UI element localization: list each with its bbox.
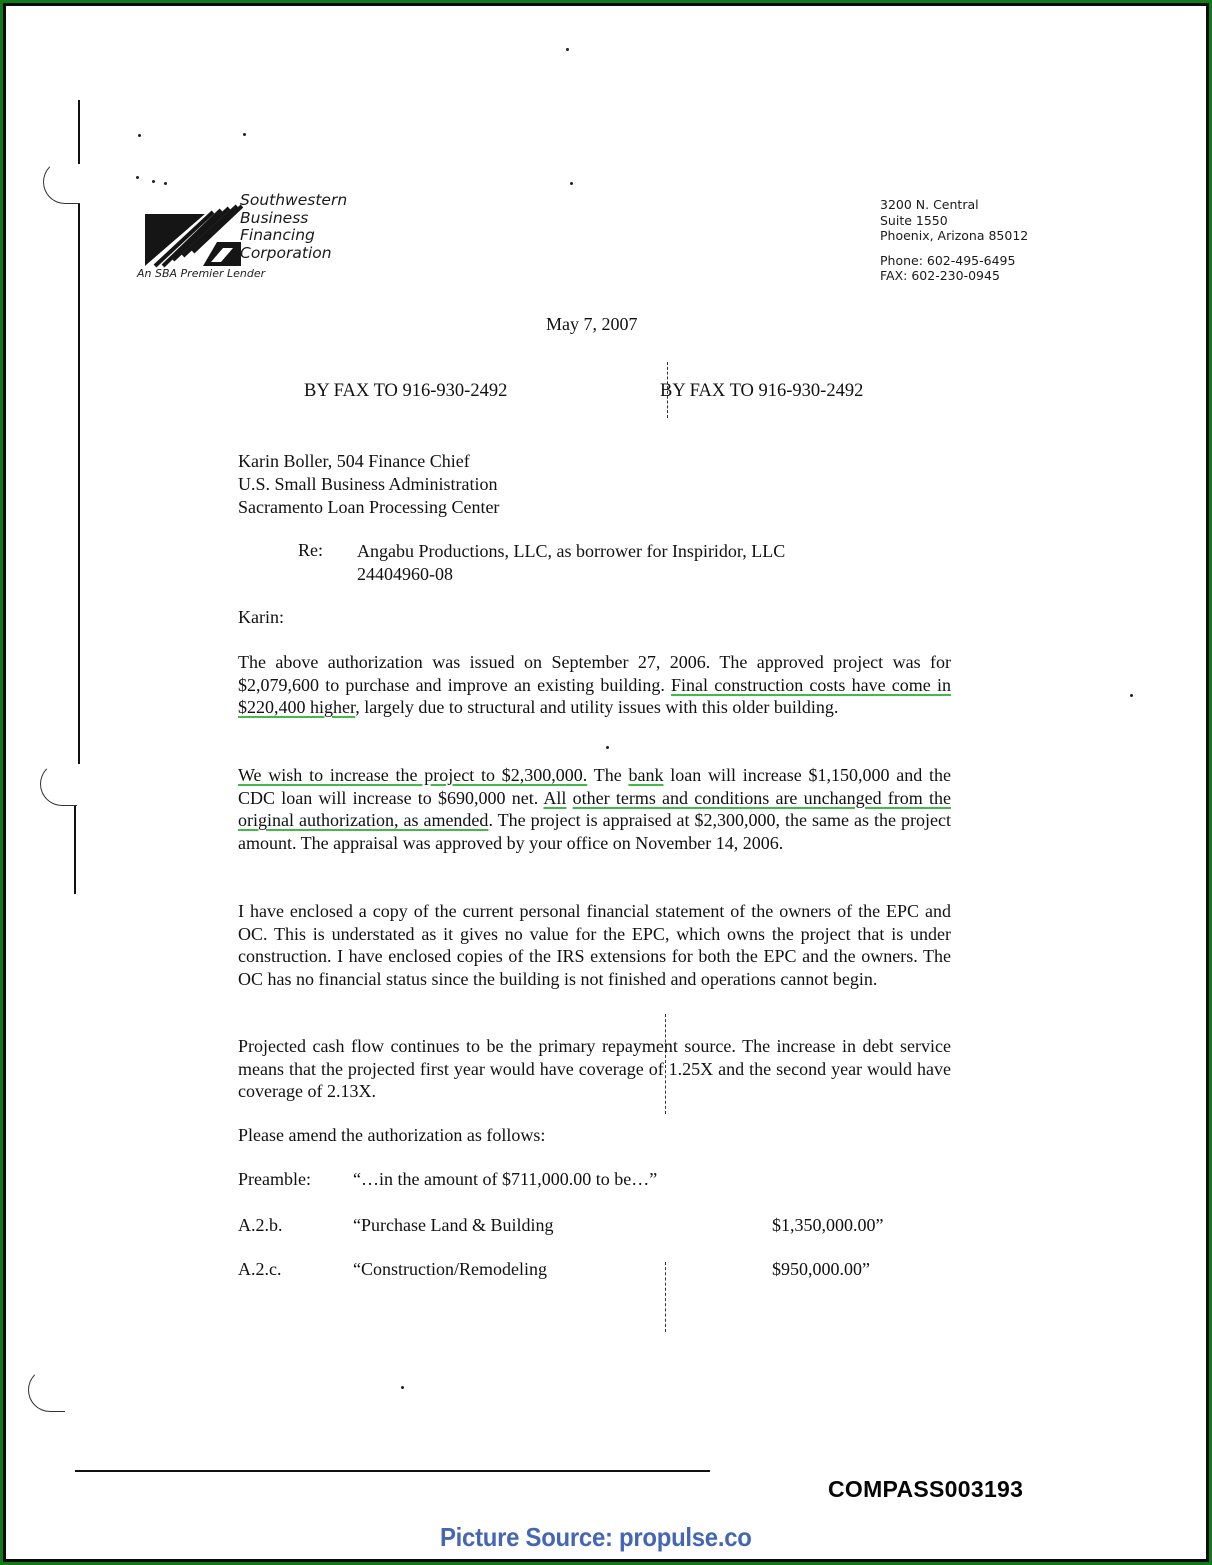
address-line: 3200 N. Central [880, 197, 1028, 213]
paragraph-text: , largely due to structural and utility … [355, 697, 838, 717]
recipient-block: Karin Boller, 504 Finance Chief U.S. Sma… [238, 450, 499, 519]
striped-triangle-logo-icon [143, 202, 243, 268]
scan-speck [243, 133, 246, 136]
paragraph-text: The [587, 765, 628, 785]
amendment-label: Preamble: [238, 1169, 311, 1190]
company-name-line: Southwestern [240, 192, 347, 210]
address-line: Suite 1550 [880, 213, 1028, 229]
company-name-line: Financing [240, 227, 347, 245]
punch-hole-mark [28, 1368, 65, 1412]
amendment-amount: $1,350,000.00” [772, 1215, 884, 1236]
amendment-text: “Purchase Land & Building [353, 1215, 553, 1236]
company-phone: Phone: 602-495-6495 [880, 253, 1028, 269]
fold-crease-mark [665, 1262, 666, 1332]
scan-speck [570, 182, 573, 185]
punch-hole-mark [40, 762, 77, 806]
scan-speck [152, 180, 155, 183]
picture-source-caption: Picture Source: propulse.co [440, 1522, 752, 1553]
scan-speck [164, 182, 167, 185]
scanned-letter-page: Southwestern Business Financing Corporat… [6, 6, 1206, 1559]
body-paragraph-2: We wish to increase the project to $2,30… [238, 764, 951, 854]
letter-date: May 7, 2007 [546, 314, 638, 335]
company-tagline: An SBA Premier Lender [137, 267, 265, 280]
recipient-line: U.S. Small Business Administration [238, 473, 499, 496]
punch-hole-mark [43, 160, 80, 204]
loan-number: 24404960-08 [357, 563, 785, 586]
company-name-line: Corporation [240, 245, 347, 263]
body-paragraph-3: I have enclosed a copy of the current pe… [238, 900, 951, 990]
company-name: Southwestern Business Financing Corporat… [240, 192, 347, 262]
amendment-amount: $950,000.00” [772, 1259, 870, 1280]
company-name-line: Business [240, 210, 347, 228]
salutation: Karin: [238, 607, 284, 628]
underlined-text: We wish to increase the project to $2,30… [238, 765, 587, 785]
company-address: 3200 N. Central Suite 1550 Phoenix, Ariz… [880, 197, 1028, 284]
bates-number: COMPASS003193 [828, 1476, 1023, 1503]
scan-speck [606, 746, 609, 749]
body-paragraph-1: The above authorization was issued on Se… [238, 651, 951, 719]
binder-edge-line [78, 100, 80, 164]
amendment-label: A.2.c. [238, 1259, 282, 1280]
body-paragraph-4: Projected cash flow continues to be the … [238, 1035, 951, 1103]
underlined-text: All [543, 788, 566, 808]
company-fax: FAX: 602-230-0945 [880, 268, 1028, 284]
address-line: Phoenix, Arizona 85012 [880, 228, 1028, 244]
fax-header-left: BY FAX TO 916-930-2492 [304, 381, 507, 402]
recipient-line: Karin Boller, 504 Finance Chief [238, 450, 499, 473]
re-label: Re: [298, 540, 323, 561]
amendment-label: A.2.b. [238, 1215, 283, 1236]
amendment-text: “…in the amount of $711,000.00 to be…” [353, 1169, 657, 1190]
amend-intro: Please amend the authorization as follow… [238, 1124, 951, 1147]
scan-speck [138, 134, 141, 137]
underlined-text: bank [628, 765, 663, 785]
fax-header-right: BY FAX TO 916-930-2492 [660, 381, 863, 402]
binder-edge-line [74, 806, 76, 894]
binder-edge-line [78, 204, 80, 764]
scan-speck [1130, 694, 1133, 697]
bottom-rule [75, 1470, 710, 1472]
scan-speck [401, 1386, 404, 1389]
scan-speck [566, 48, 569, 51]
re-subject: Angabu Productions, LLC, as borrower for… [357, 540, 785, 586]
recipient-line: Sacramento Loan Processing Center [238, 496, 499, 519]
scan-speck [136, 176, 139, 179]
amendment-text: “Construction/Remodeling [353, 1259, 547, 1280]
re-subject-line: Angabu Productions, LLC, as borrower for… [357, 540, 785, 563]
